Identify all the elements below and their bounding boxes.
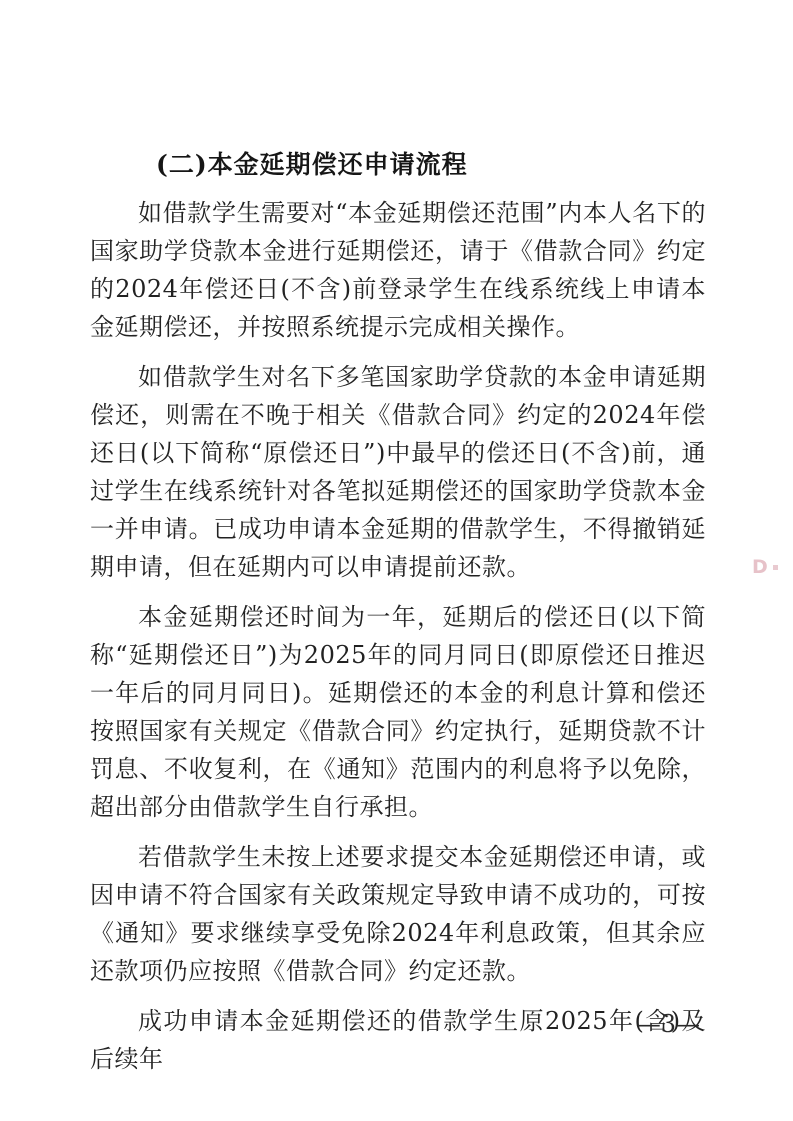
stamp-bleed-glyph: D [752,558,768,577]
paragraph-1: 如借款学生需要对“本金延期偿还范围”内本人名下的国家助学贷款本金进行延期偿还，请… [90,194,706,346]
paragraph-2: 如借款学生对名下多笔国家助学贷款的本金申请延期偿还，则需在不晚于相关《借款合同》… [90,358,706,586]
paragraph-5: 成功申请本金延期偿还的借款学生原2025年(含)及后续年 [90,1002,706,1078]
paragraph-4: 若借款学生未按上述要求提交本金延期偿还申请，或因申请不符合国家有关政策规定导致申… [90,838,706,990]
stamp-bleed-dot-icon [773,565,778,570]
document-page: (二)本金延期偿还申请流程 如借款学生需要对“本金延期偿还范围”内本人名下的国家… [0,0,793,1121]
document-body: (二)本金延期偿还申请流程 如借款学生需要对“本金延期偿还范围”内本人名下的国家… [90,146,706,1090]
paragraph-3: 本金延期偿还时间为一年，延期后的偿还日(以下简称“延期偿还日”)为2025年的同… [90,598,706,826]
stamp-bleed-artifact: D [752,558,778,577]
section-heading: (二)本金延期偿还申请流程 [90,146,706,184]
page-number: —3— [637,1010,700,1038]
